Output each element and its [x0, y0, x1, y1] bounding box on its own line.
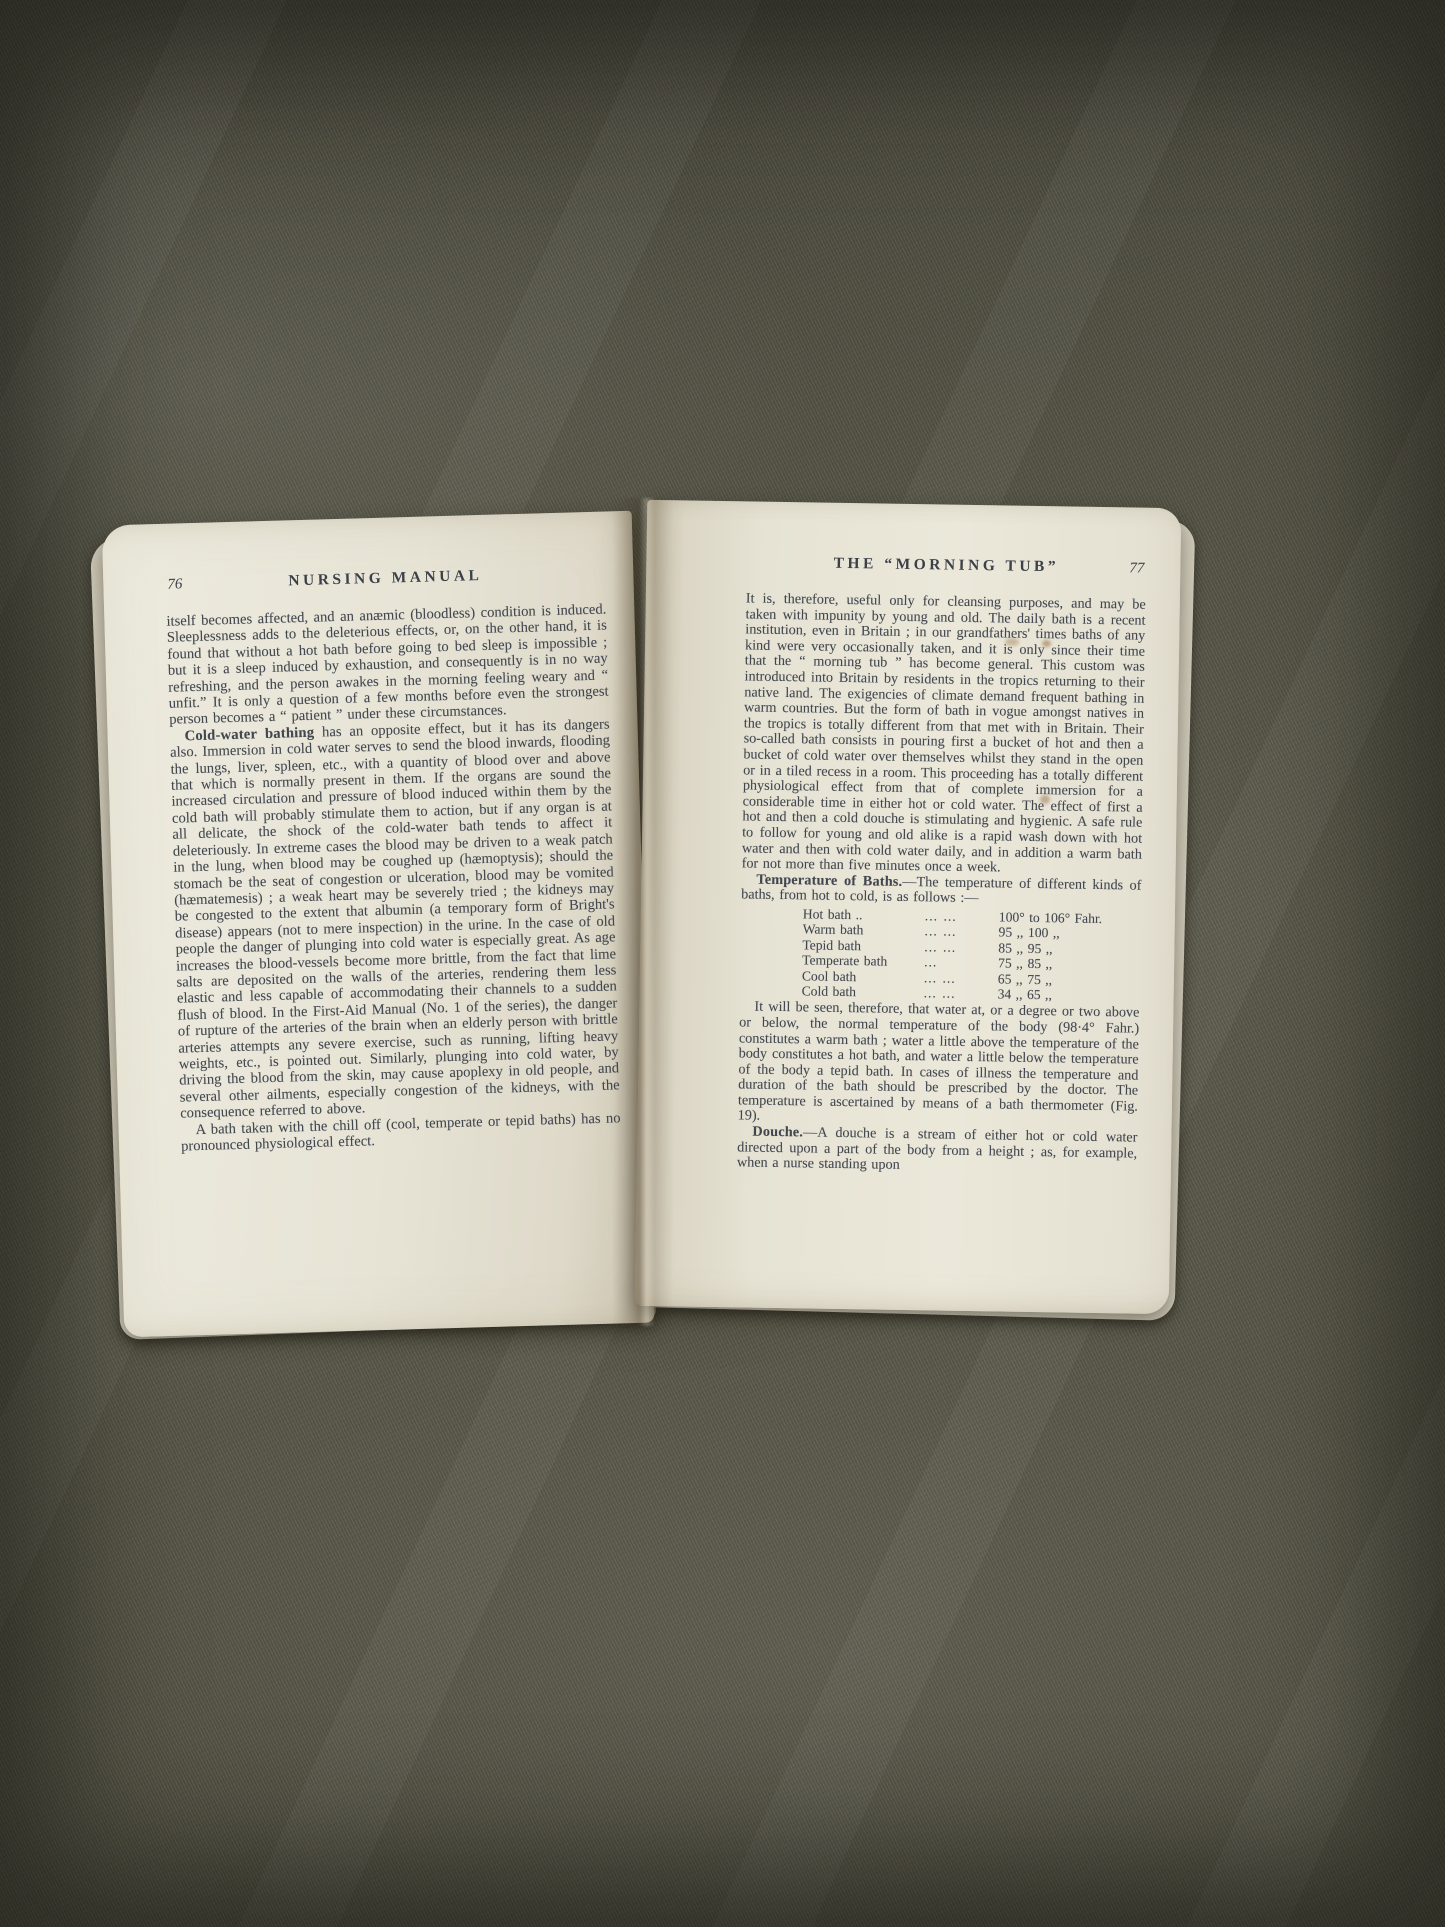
paragraph-bold-lead: Cold-water bathing [184, 725, 314, 745]
right-page-paragraphs-after-table: It will be seen, therefore, that water a… [737, 1000, 1140, 1178]
paragraph: itself becomes affected, and an anæmic (… [166, 602, 609, 729]
paragraph-bold-lead: Temperature of Baths. [756, 871, 902, 889]
right-page-number: 77 [1129, 560, 1144, 577]
paragraph: Temperature of Baths.—The temperature of… [741, 872, 1141, 909]
leader-dots: ... ... [924, 970, 998, 987]
left-page-body: itself becomes affected, and an anæmic (… [166, 602, 621, 1155]
leader-dots: ... ... [925, 924, 999, 941]
paragraph: Cold-water bathing has an opposite effec… [169, 716, 620, 1122]
left-page-number: 76 [167, 576, 182, 593]
leader-dots: ... ... [924, 985, 998, 1002]
leader-dots: ... [924, 954, 998, 971]
leader-dots: ... ... [924, 939, 998, 956]
right-page-body: It is, therefore, useful only for cleans… [737, 591, 1146, 1177]
paragraph: Douche.—A douche is a stream of either h… [737, 1124, 1138, 1177]
paragraph: It is, therefore, useful only for cleans… [742, 591, 1146, 878]
right-page-paragraphs-before-table: It is, therefore, useful only for cleans… [741, 591, 1146, 909]
left-page-header: 76 NURSING MANUAL [165, 564, 605, 600]
bath-temperature-table: Hot bath ..... ...100° to 106° Fahr.Warm… [802, 906, 1141, 1004]
right-page: THE “MORNING TUB” 77 It is, therefore, u… [635, 500, 1182, 1314]
left-running-title: NURSING MANUAL [165, 564, 605, 594]
right-page-header: THE “MORNING TUB” 77 [746, 553, 1146, 583]
bath-temperature-range: 34 ,, 65 ,, [998, 986, 1140, 1004]
paragraph-bold-lead: Douche. [752, 1124, 803, 1141]
right-running-title: THE “MORNING TUB” [746, 553, 1146, 577]
paragraph: It will be seen, therefore, that water a… [738, 1000, 1140, 1131]
leader-dots: ... ... [925, 908, 999, 925]
left-page: 76 NURSING MANUAL itself becomes affecte… [102, 511, 654, 1337]
open-book: 76 NURSING MANUAL itself becomes affecte… [105, 492, 1180, 1352]
bath-name: Cold bath [802, 983, 924, 1000]
